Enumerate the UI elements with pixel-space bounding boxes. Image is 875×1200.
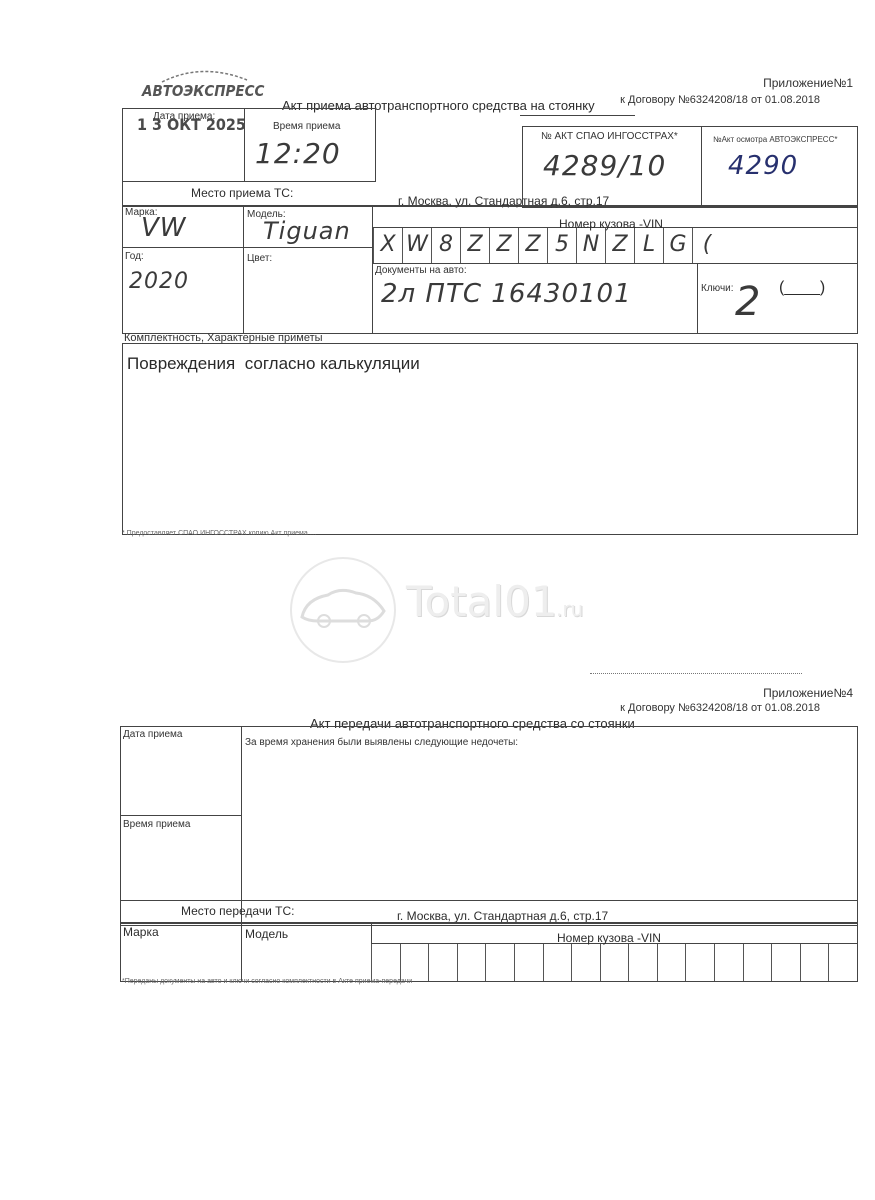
vin-cells: XW8ZZZ5NZLG(: [373, 228, 713, 263]
ingos-act-value: 4289/10: [543, 149, 666, 182]
release-vehicle-grid: Марка Модель Номер кузова -VIN: [120, 922, 858, 982]
vin-cell-empty: [714, 944, 743, 981]
vin-cell: W: [402, 228, 431, 263]
vin-cell-empty: [485, 944, 514, 981]
release-time-label: Время приема: [123, 819, 190, 830]
features-value: Повреждения согласно калькуляции: [127, 354, 420, 374]
release-make-label: Марка: [123, 925, 159, 939]
vin-cell-empty: [428, 944, 457, 981]
vin-cell-empty: [628, 944, 657, 981]
vin-cell: (: [692, 228, 721, 263]
contract-reference: к Договору №6324208/18 от 01.08.2018: [620, 94, 820, 106]
vin-cell: G: [663, 228, 692, 263]
vin-cell-empty: [743, 944, 772, 981]
vin-cell-empty: [400, 944, 429, 981]
place-row: Место приема ТС: г. Москва, ул. Стандарт…: [122, 182, 858, 206]
model-value: Tiguan: [263, 217, 351, 245]
vin-cell-empty: [371, 944, 400, 981]
vin-cell: Z: [605, 228, 634, 263]
make-value: VW: [141, 213, 187, 243]
car-arc-icon: [142, 64, 262, 84]
vin-cell: 8: [431, 228, 460, 263]
place-label: Место приема ТС:: [191, 186, 293, 200]
vin-cell: X: [373, 228, 402, 263]
vin-cell: Z: [460, 228, 489, 263]
release-date-label: Дата приема: [123, 729, 182, 740]
car-circle-icon: [288, 555, 398, 665]
vin-cell-empty: [457, 944, 486, 981]
release-place-row: Место передачи ТС: г. Москва, ул. Станда…: [120, 900, 858, 924]
watermark: Total01 .ru: [288, 555, 608, 665]
release-place-label: Место передачи ТС:: [181, 904, 294, 918]
release-place-value: г. Москва, ул. Стандартная д.6, стр.17: [397, 909, 608, 923]
vin-cell-empty: [685, 944, 714, 981]
time-value: 12:20: [255, 137, 341, 170]
release-vin-cells: [371, 944, 857, 981]
year-value: 2020: [129, 269, 189, 294]
documents-label: Документы на авто:: [375, 265, 467, 276]
release-grid: Дата приема За время хранения были выявл…: [120, 726, 858, 926]
autoexpress-logo: АВТОЭКСПРЕСС: [142, 64, 262, 104]
contract-reference-2: к Договору №6324208/18 от 01.08.2018: [620, 702, 820, 714]
vin-cell: L: [634, 228, 663, 263]
vin-cell: 5: [547, 228, 576, 263]
vin-cell-empty: [571, 944, 600, 981]
vin-cell-empty: [771, 944, 800, 981]
keys-value: 2: [735, 279, 761, 325]
documents-value: 2л ПТС 16430101: [381, 279, 632, 309]
features-box: Повреждения согласно калькуляции: [122, 343, 858, 535]
watermark-suffix: .ru: [556, 597, 583, 621]
vin-cell-empty: [514, 944, 543, 981]
vin-cell: Z: [518, 228, 547, 263]
date-stamp: 1 3 ОКТ 2025: [137, 115, 246, 134]
vin-cell-empty: [543, 944, 572, 981]
color-label: Цвет:: [247, 253, 272, 264]
release-vin-label: Номер кузова -VIN: [557, 931, 661, 945]
autoexpress-act-label: №Акт осмотра АВТОЭКСПРЕСС*: [713, 135, 837, 144]
year-label: Год:: [125, 251, 144, 262]
date-time-block: Дата приема: 1 3 ОКТ 2025 Время приема 1…: [122, 108, 376, 182]
vin-cell-empty: [600, 944, 629, 981]
keys-label: Ключи:: [701, 283, 734, 294]
vin-cell-empty: [657, 944, 686, 981]
vin-cell-empty: [828, 944, 857, 981]
time-label: Время приема: [273, 121, 340, 132]
release-model-label: Модель: [245, 927, 288, 941]
watermark-text: Total01: [406, 577, 558, 626]
vin-cell: N: [576, 228, 605, 263]
defects-label: За время хранения были выявлены следующи…: [245, 737, 518, 748]
vehicle-grid: Марка: VW Модель: Tiguan Номер кузова -V…: [122, 206, 858, 334]
appendix-number: Приложение№1: [763, 76, 853, 90]
keys-extra: (____): [779, 279, 825, 297]
appendix-number-2: Приложение№4: [763, 686, 853, 700]
vin-cell-empty: [800, 944, 829, 981]
footnote-1: * Предоставляет СПАО ИНГОССТРАХ копию Ак…: [122, 530, 317, 537]
vin-cell: Z: [489, 228, 518, 263]
autoexpress-act-value: 4290: [728, 151, 798, 181]
ingos-act-label: № АКТ СПАО ИНГОССТРАХ*: [541, 131, 678, 142]
footnote-2: *Переданы документы на авто и ключи согл…: [122, 978, 412, 985]
